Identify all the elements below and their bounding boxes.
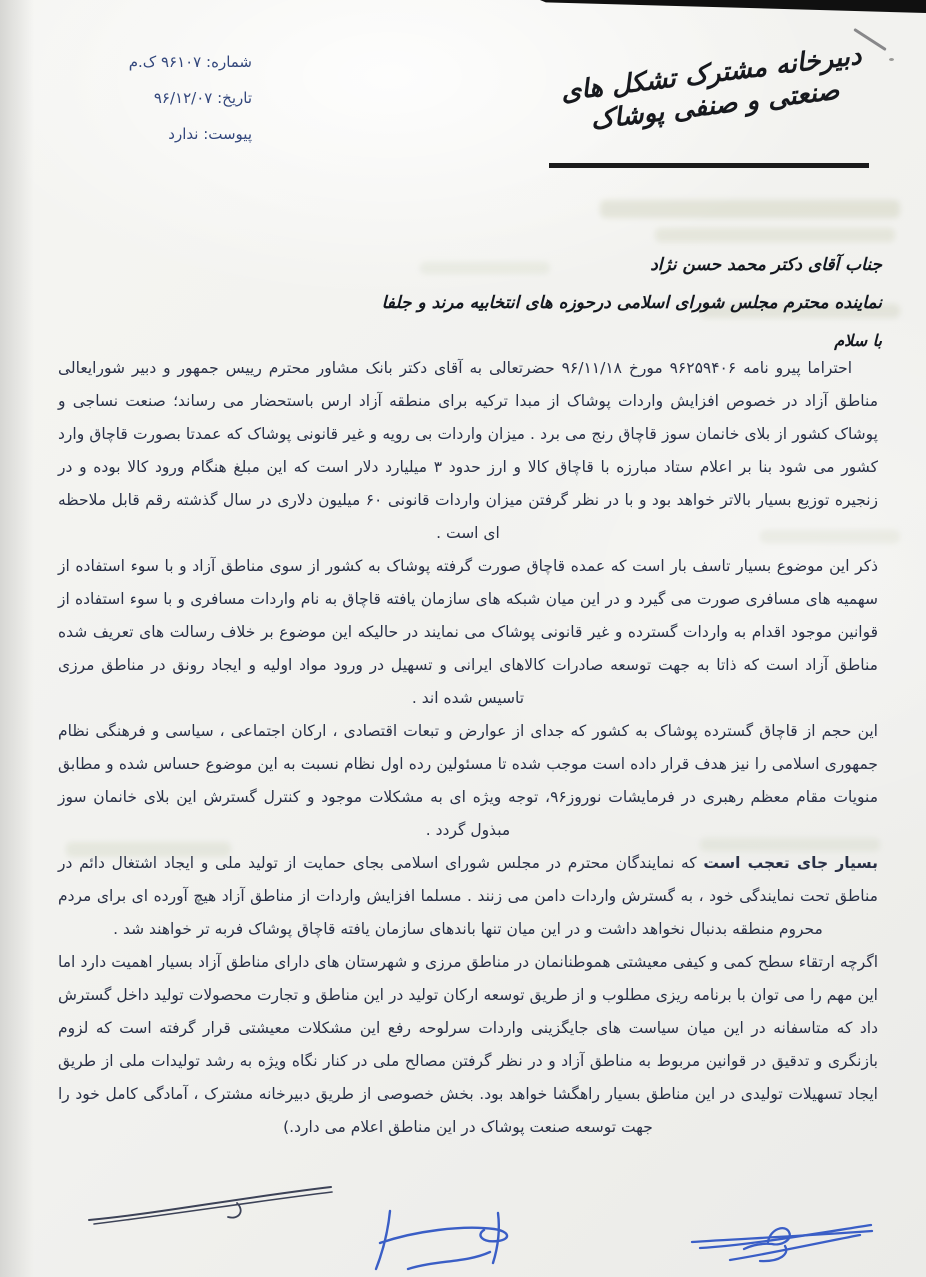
letter-body: احتراما پیرو نامه ۹۶۲۵۹۴۰۶ مورخ ۹۶/۱۱/۱۸… <box>58 352 878 1144</box>
letterhead-underline <box>549 163 869 168</box>
letter-attachment-row: پیوست: ندارد <box>60 116 252 152</box>
recipient-title: نماینده محترم مجلس شورای اسلامی درحوزه ه… <box>60 284 882 322</box>
body-paragraph-2: ذکر این موضوع بسیار تاسف بار است که عمده… <box>58 550 878 715</box>
scanned-letter-page: شماره: ۹۶۱۰۷ ک.م تاریخ: ۹۶/۱۲/۰۷ پیوست: … <box>0 0 926 1277</box>
pen-strikethrough-mark <box>85 1183 335 1228</box>
letter-date-label: تاریخ: <box>217 89 252 107</box>
body-paragraph-4: بسیار جای تعجب است که نمایندگان محترم در… <box>58 847 878 946</box>
paragraph-text: احتراما پیرو نامه ۹۶۲۵۹۴۰۶ مورخ ۹۶/۱۱/۱۸… <box>58 359 878 542</box>
body-paragraph-3: این حجم از قاچاق گسترده پوشاک به کشور که… <box>58 715 878 847</box>
body-paragraph-5: اگرچه ارتقاء سطح کمی و کیفی معیشتی هموطن… <box>58 946 878 1144</box>
signature-left <box>370 1205 535 1275</box>
paragraph-text: این حجم از قاچاق گسترده پوشاک به کشور که… <box>58 722 878 839</box>
letter-date-row: تاریخ: ۹۶/۱۲/۰۷ <box>60 80 252 116</box>
signature-right <box>688 1216 876 1268</box>
letter-meta-block: شماره: ۹۶۱۰۷ ک.م تاریخ: ۹۶/۱۲/۰۷ پیوست: … <box>60 44 252 152</box>
letter-attachment-label: پیوست: <box>203 125 252 143</box>
recipient-block: جناب آقای دکتر محمد حسن نژاد نماینده محت… <box>60 246 882 322</box>
scan-left-edge-shadow <box>0 0 34 1277</box>
letter-number-row: شماره: ۹۶۱۰۷ ک.م <box>60 44 252 80</box>
scan-corner-dot <box>889 58 894 61</box>
recipient-name: جناب آقای دکتر محمد حسن نژاد <box>60 246 882 284</box>
paragraph-lead-bold: بسیار جای تعجب است <box>703 854 878 872</box>
paragraph-text: اگرچه ارتقاء سطح کمی و کیفی معیشتی هموطن… <box>58 953 878 1136</box>
bleed-through-artifact <box>600 200 900 218</box>
body-paragraph-1: احتراما پیرو نامه ۹۶۲۵۹۴۰۶ مورخ ۹۶/۱۱/۱۸… <box>58 352 878 550</box>
letterhead-calligraphy: دبیرخانه مشترک تشکل های صنعتی و صنفی پوش… <box>539 2 887 178</box>
letter-attachment-value: ندارد <box>168 125 198 143</box>
letter-date-value: ۹۶/۱۲/۰۷ <box>154 89 212 107</box>
salutation: با سلام <box>834 331 882 350</box>
letter-number-label: شماره: <box>206 53 252 71</box>
bleed-through-artifact <box>655 228 895 242</box>
letterhead: دبیرخانه مشترک تشکل های صنعتی و صنفی پوش… <box>546 22 880 168</box>
paragraph-text: ذکر این موضوع بسیار تاسف بار است که عمده… <box>58 557 878 707</box>
letter-number-value: ۹۶۱۰۷ ک.م <box>129 53 202 71</box>
